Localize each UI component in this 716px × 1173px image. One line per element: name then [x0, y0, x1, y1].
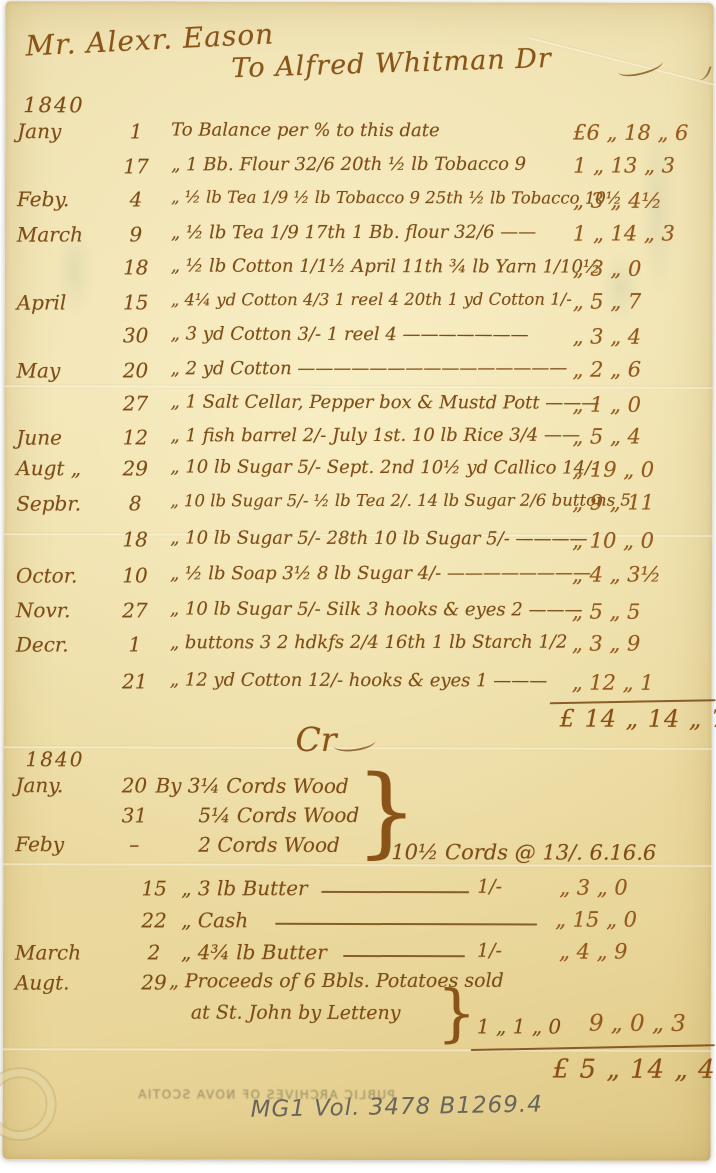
- debit-row: Octor. 10 „ ½ lb Soap 3½ 8 lb Sugar 4/- …: [4, 562, 712, 593]
- entry-amount: 1 „ 14 „ 3: [573, 221, 675, 245]
- entry-amount: 1 „ 13 „ 3: [573, 153, 675, 177]
- entry-description: By 3¼ Cords Wood: [155, 773, 348, 798]
- entry-day: 15: [105, 290, 167, 314]
- entry-amount: £6 „ 18 „ 6: [573, 121, 688, 145]
- entry-month: Augt „: [16, 456, 108, 480]
- debit-row: Sepbr. 8 „ 10 lb Sugar 5/- ½ lb Tea 2/. …: [4, 490, 712, 521]
- entry-description: To Balance per % to this date: [171, 120, 440, 142]
- entry-month: March: [17, 222, 109, 246]
- hand-drawn-dash: [343, 955, 465, 957]
- pen-flourish: [616, 53, 664, 80]
- entry-month: Jany: [17, 119, 109, 143]
- entry-amount: „ 12 „ 1: [572, 671, 654, 695]
- entry-description-continued: at St. John by Letteny: [191, 1002, 401, 1025]
- entry-description: „ 2 yd Cotton ———————————————: [171, 358, 568, 380]
- debit-row: Novr. 27 „ 10 lb Sugar 5/- Silk 3 hooks …: [4, 598, 712, 630]
- credit-row: Augt. 29 „ Proceeds of 6 Bbls. Potatoes …: [3, 969, 711, 1000]
- entry-description: „ 4¼ yd Cotton 4/3 1 reel 4 20th 1 yd Co…: [171, 290, 572, 310]
- grouping-brace: }: [437, 984, 477, 1042]
- entry-day: 2: [123, 940, 185, 964]
- debit-row: 21 „ 12 yd Cotton 12/- hooks & eyes 1 ——…: [4, 669, 712, 701]
- entry-day: 15: [123, 876, 185, 900]
- entry-description: „ 3 yd Cotton 3/- 1 reel 4 ———————: [171, 324, 529, 346]
- entry-day: 4: [105, 187, 167, 211]
- entry-rate: 1/-: [477, 940, 502, 962]
- entry-amount: „ 3 „ 0: [559, 876, 628, 900]
- entry-day: 18: [105, 255, 167, 279]
- entry-day: 9: [105, 222, 167, 246]
- entry-description: „ 1 Bb. Flour 32/6 20th ½ lb Tobacco 9: [171, 154, 526, 176]
- entry-month: Feby: [15, 832, 107, 856]
- entry-day: 27: [104, 598, 166, 622]
- entry-amount: „ 3 „ 4: [573, 325, 642, 349]
- entry-description: 5¼ Cords Wood: [198, 803, 359, 827]
- entry-amount: „ 2 „ 6: [573, 358, 642, 382]
- entry-month: Octor.: [16, 563, 108, 587]
- entry-amount: „ 1 „ 0: [572, 393, 641, 417]
- entry-description: „ buttons 3 2 hdkfs 2/4 16th 1 lb Starch…: [170, 632, 568, 654]
- entry-amount: „ 5 „ 4: [572, 425, 641, 449]
- entry-day: 20: [105, 358, 167, 382]
- debit-row: 27 „ 1 Salt Cellar, Pepper box & Mustd P…: [4, 391, 712, 423]
- debit-row: May 20 „ 2 yd Cotton ——————————————— „ 2…: [5, 357, 713, 388]
- hand-drawn-dash: [321, 891, 469, 893]
- entry-day: 1: [105, 119, 167, 143]
- debit-row: March 9 „ ½ lb Tea 1/9 17th 1 Bb. flour …: [5, 221, 713, 252]
- entry-day: 17: [105, 154, 167, 178]
- entry-description: „ 10 lb Sugar 5/- 28th 10 lb Sugar 5/- —…: [170, 528, 587, 550]
- entry-month: March: [15, 940, 107, 964]
- entry-day: 8: [104, 491, 166, 515]
- entry-day: 12: [104, 425, 166, 449]
- entry-description: „ ½ lb Tea 1/9 ½ lb Tobacco 9 25th ½ lb …: [171, 188, 622, 208]
- account-title: To Alfred Whitman Dr: [231, 43, 552, 84]
- debit-year: 1840: [23, 93, 85, 117]
- entry-month: Feby.: [17, 187, 109, 211]
- entry-amount: „ 3 „ 9: [572, 632, 641, 656]
- catalog-notation: MG1 Vol. 3478 B1269.4: [250, 1091, 543, 1122]
- debit-row: April 15 „ 4¼ yd Cotton 4/3 1 reel 4 20t…: [5, 289, 713, 320]
- entry-month: Jany.: [15, 773, 107, 797]
- entry-amount: „ 4 „ 9: [559, 940, 628, 964]
- entry-description: „ ½ lb Tea 1/9 17th 1 Bb. flour 32/6 ——: [171, 222, 536, 244]
- entry-description: „ 12 yd Cotton 12/- hooks & eyes 1 ———: [170, 670, 548, 692]
- paper-sheet: Mr. Alexr. Eason To Alfred Whitman Dr 18…: [2, 1, 713, 1161]
- entry-amount: 9 „ 0 „ 3: [589, 1011, 686, 1037]
- debit-row: 17 „ 1 Bb. Flour 32/6 20th ½ lb Tobacco …: [5, 153, 713, 184]
- entry-day: 27: [104, 391, 166, 415]
- entry-description: „ 10 lb Sugar 5/- ½ lb Tea 2/. 14 lb Sug…: [170, 491, 631, 511]
- debit-row: Feby. 4 „ ½ lb Tea 1/9 ½ lb Tobacco 9 25…: [5, 187, 713, 219]
- entry-day: 18: [104, 527, 166, 551]
- scanned-ledger-page: { "header": { "debtor": "Mr. Alexr. Easo…: [0, 0, 716, 1173]
- debit-row: Augt „ 29 „ 10 lb Sugar 5/- Sept. 2nd 10…: [4, 456, 712, 488]
- entry-day: 29: [104, 456, 166, 480]
- entry-month: Decr.: [16, 632, 108, 656]
- entry-rate: 1/-: [477, 876, 502, 898]
- entry-day: 31: [103, 803, 165, 827]
- debit-row: Jany 1 To Balance per % to this date £6 …: [5, 119, 713, 151]
- entry-month: Sepbr.: [16, 491, 108, 515]
- entry-description: „ Cash: [181, 908, 248, 932]
- entry-description: „ 1 fish barrel 2/- July 1st. 10 lb Rice…: [170, 425, 580, 447]
- credit-year: 1840: [26, 747, 85, 771]
- entry-month: June: [16, 425, 108, 449]
- entry-description: 2 Cords Wood: [198, 833, 340, 857]
- credit-heading: Cr: [296, 720, 337, 759]
- entry-description: „ 10 lb Sugar 5/- Sept. 2nd 10½ yd Calli…: [170, 457, 597, 479]
- debit-row: 18 „ ½ lb Cotton 1/1½ April 11th ¾ lb Ya…: [5, 255, 713, 287]
- entry-amount: „ 4 „ 3½: [572, 562, 661, 586]
- debit-row: Decr. 1 „ buttons 3 2 hdkfs 2/4 16th 1 l…: [4, 631, 712, 662]
- entry-month: Augt.: [15, 970, 107, 994]
- entry-day: 10: [104, 563, 166, 587]
- entry-month: Novr.: [16, 598, 108, 622]
- entry-description: „ 4¾ lb Butter: [181, 940, 327, 964]
- embossed-seal: [0, 1067, 57, 1141]
- entry-amount: „ 10 „ 0: [572, 529, 654, 553]
- credit-total: £ 5 „ 14 „ 4: [553, 1055, 716, 1085]
- total-rule: [471, 1044, 715, 1051]
- entry-description: „ 3 lb Butter: [181, 876, 307, 900]
- entry-amount: „ 5 „ 5: [572, 600, 641, 624]
- entry-month: April: [17, 290, 109, 314]
- entry-day: 1: [104, 632, 166, 656]
- entry-amount: „ 9 „ 11: [572, 490, 654, 514]
- entry-description: „ 10 lb Sugar 5/- Silk 3 hooks & eyes 2 …: [170, 599, 583, 621]
- entry-description: „ ½ lb Cotton 1/1½ April 11th ¾ lb Yarn …: [171, 256, 601, 278]
- entry-amount: „ 15 „ 0: [555, 908, 637, 932]
- debit-row: 18 „ 10 lb Sugar 5/- 28th 10 lb Sugar 5/…: [4, 527, 712, 559]
- entry-day: 21: [104, 669, 166, 693]
- entry-description: „ 1 Salt Cellar, Pepper box & Mustd Pott…: [170, 392, 599, 414]
- entry-description: „ ½ lb Soap 3½ 8 lb Sugar 4/- ————————: [170, 563, 591, 585]
- entry-month: May: [17, 358, 109, 382]
- entry-amount: „ 3 „ 0: [573, 257, 642, 281]
- entry-day: 30: [105, 323, 167, 347]
- wood-summary: 10½ Cords @ 13/. 6.16.6: [391, 840, 656, 865]
- entry-day: –: [103, 832, 165, 856]
- ink-mark: [697, 64, 711, 82]
- entry-amount: „ 3 „ 4½: [573, 189, 662, 213]
- sub-amount: 1 „ 1 „ 0: [477, 1014, 561, 1038]
- entry-day: 22: [123, 908, 185, 932]
- debit-row: 30 „ 3 yd Cotton 3/- 1 reel 4 ——————— „ …: [5, 323, 713, 355]
- debit-row: June 12 „ 1 fish barrel 2/- July 1st. 10…: [4, 424, 712, 455]
- entry-amount: „ 5 „ 7: [573, 290, 642, 314]
- pen-flourish: [333, 733, 377, 754]
- entry-amount: „ 19 „ 0: [572, 458, 654, 482]
- debit-total: £ 14 „ 14 „ 7: [560, 705, 716, 733]
